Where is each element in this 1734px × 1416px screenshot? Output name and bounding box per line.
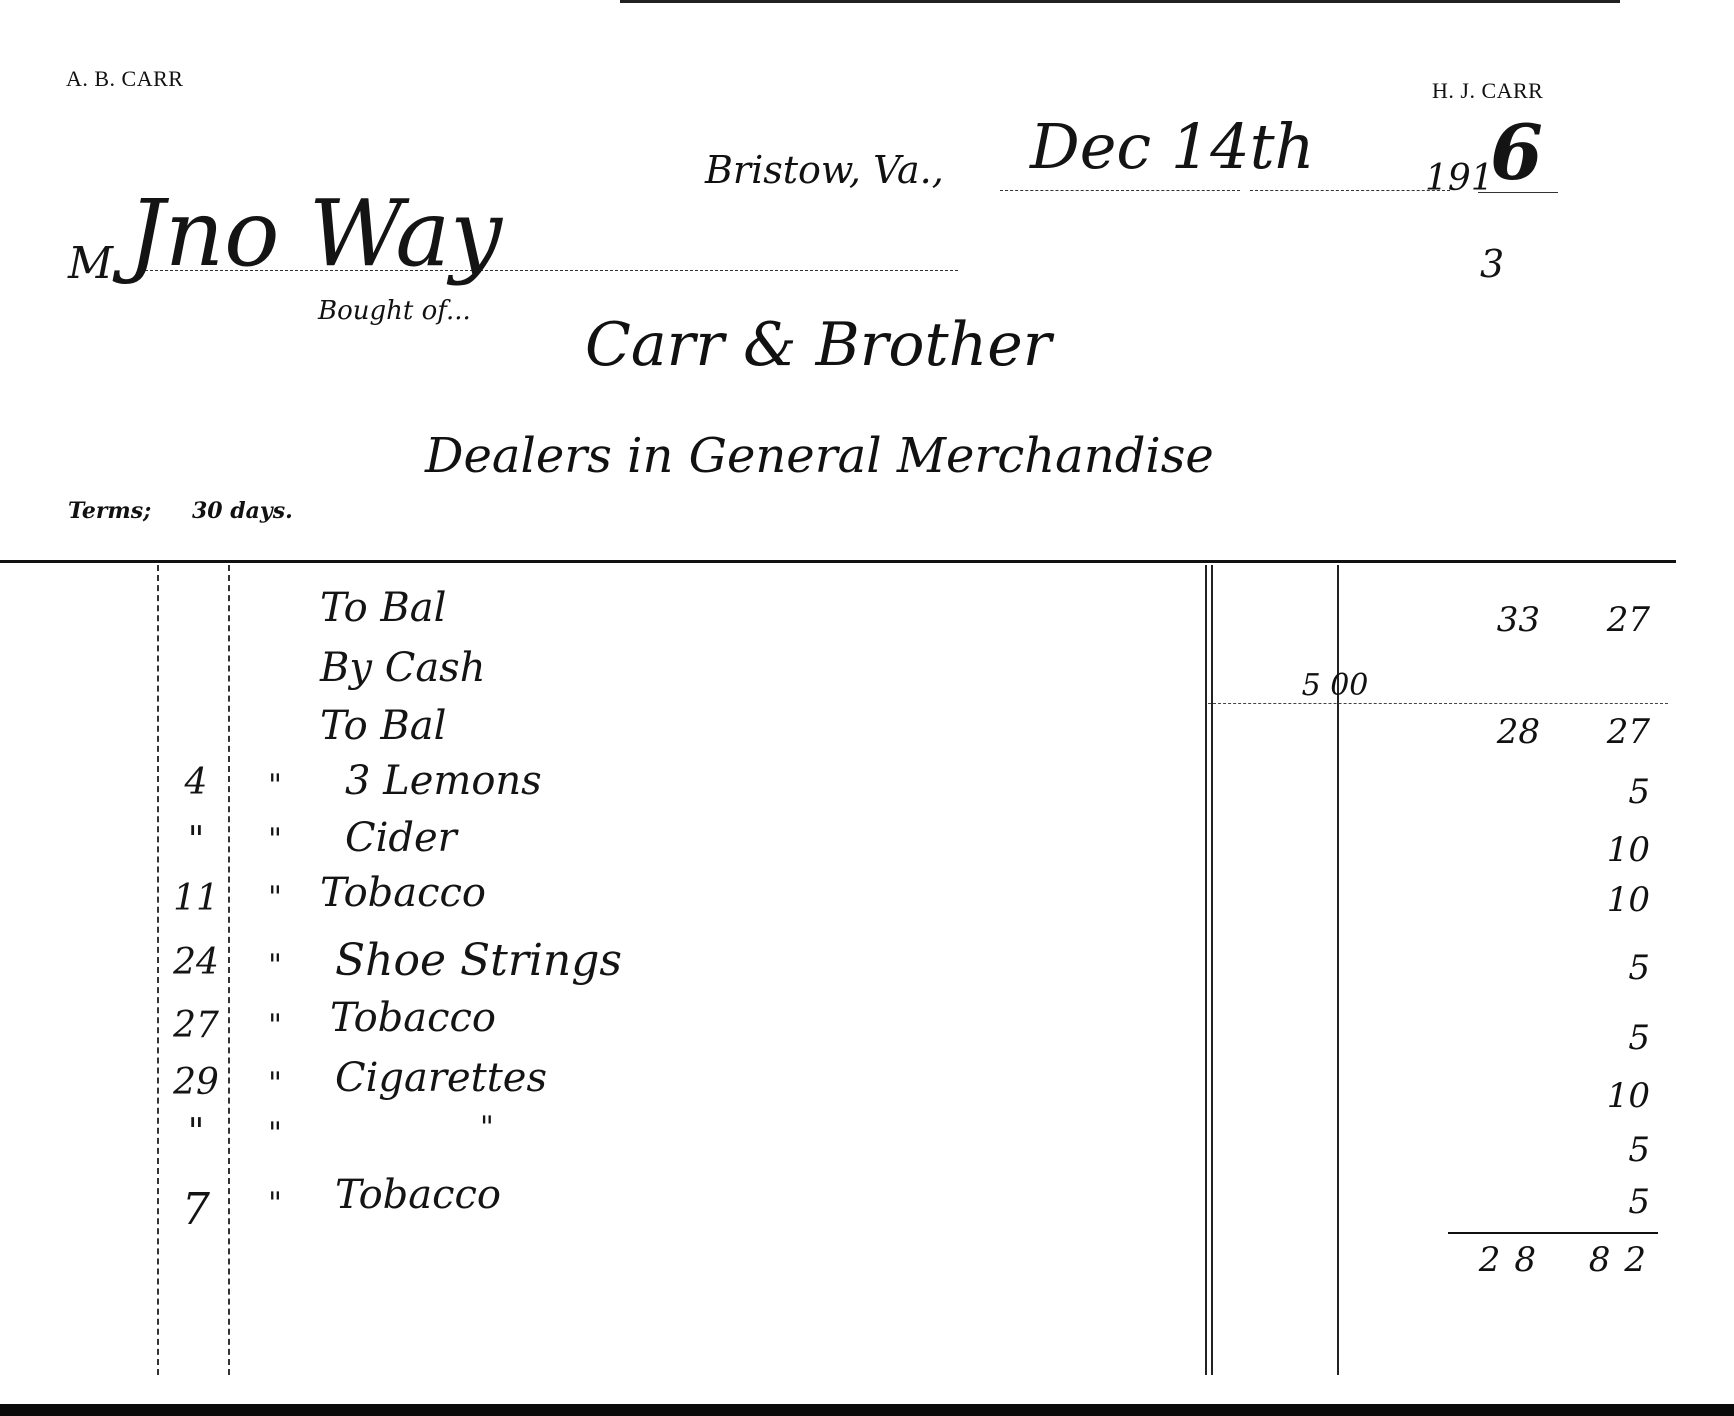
ledger-row-9-date: 29 bbox=[160, 1062, 232, 1103]
ledger-credit-column-left-b bbox=[1211, 565, 1213, 1375]
ledger-row-11-cents: 5 bbox=[1560, 1182, 1650, 1222]
ledger-row-1-description: To Bal bbox=[320, 585, 446, 631]
ledger-row-10-cents: 5 bbox=[1560, 1130, 1650, 1170]
ledger-row-7-cents: 5 bbox=[1560, 948, 1650, 988]
subtotal-rule bbox=[1208, 703, 1668, 704]
ledger-row-4-description: 3 Lemons bbox=[345, 758, 542, 804]
handwritten-date: Dec 14th bbox=[1030, 110, 1315, 183]
ledger-row-2-description: By Cash bbox=[320, 645, 485, 691]
total-dollars: 28 bbox=[1440, 1240, 1550, 1280]
ledger-row-2-credit: 5 00 bbox=[1270, 668, 1400, 703]
terms-value: 30 days. bbox=[192, 498, 293, 524]
ledger-top-rule bbox=[0, 560, 1676, 563]
date-line-2 bbox=[1250, 188, 1450, 191]
ledger-row-7-ditto: " bbox=[255, 948, 295, 983]
ledger-row-11-ditto: " bbox=[255, 1186, 295, 1221]
ledger-row-10-date: " bbox=[160, 1112, 232, 1153]
customer-prefix: M bbox=[68, 238, 113, 289]
bought-of-label: Bought of... bbox=[318, 296, 471, 326]
ledger-row-9-description: Cigarettes bbox=[335, 1055, 547, 1101]
partner-right: H. J. CARR bbox=[1432, 78, 1543, 104]
ledger-row-5-cents: 10 bbox=[1560, 830, 1650, 870]
total-rule bbox=[1448, 1232, 1658, 1234]
ledger-row-7-description: Shoe Strings bbox=[335, 935, 622, 986]
ledger-row-5-description: Cider bbox=[345, 815, 457, 861]
ledger-row-10-description: " bbox=[480, 1110, 494, 1145]
ledger-row-1-dollars: 33 bbox=[1440, 600, 1540, 640]
ledger-row-11-date: 7 bbox=[160, 1184, 232, 1235]
customer-name: Jno Way bbox=[128, 180, 502, 287]
ledger-row-5-ditto: " bbox=[255, 822, 295, 857]
ledger-row-3-dollars: 28 bbox=[1440, 712, 1540, 752]
ledger-row-8-ditto: " bbox=[255, 1008, 295, 1043]
ledger-row-3-cents: 27 bbox=[1560, 712, 1650, 752]
city-label: Bristow, Va., bbox=[705, 148, 944, 192]
ledger-row-6-ditto: " bbox=[255, 880, 295, 915]
terms-label: Terms; bbox=[68, 498, 151, 524]
firm-tagline: Dealers in General Merchandise bbox=[425, 428, 1214, 484]
ledger-row-6-description: Tobacco bbox=[320, 870, 486, 916]
handwritten-year-digit: 6 bbox=[1490, 108, 1543, 197]
ledger-row-3-description: To Bal bbox=[320, 703, 446, 749]
ledger-row-9-cents: 10 bbox=[1560, 1076, 1650, 1116]
ledger-row-11-description: Tobacco bbox=[335, 1172, 501, 1218]
ledger-row-9-ditto: " bbox=[255, 1066, 295, 1101]
date-line bbox=[1000, 188, 1240, 191]
ledger-row-8-date: 27 bbox=[160, 1005, 232, 1046]
ledger-row-4-date: 4 bbox=[160, 762, 232, 803]
ledger-credit-column-left-a bbox=[1205, 565, 1207, 1375]
ledger-row-1-cents: 27 bbox=[1560, 600, 1650, 640]
ledger-row-8-description: Tobacco bbox=[330, 995, 496, 1041]
margin-mark: 3 bbox=[1480, 242, 1504, 286]
ledger-row-4-cents: 5 bbox=[1560, 772, 1650, 812]
page-top-edge bbox=[620, 0, 1620, 3]
ledger-row-8-cents: 5 bbox=[1560, 1018, 1650, 1058]
ledger-row-5-date: " bbox=[160, 820, 232, 861]
page-bottom-edge bbox=[0, 1404, 1734, 1416]
ledger-row-10-ditto: " bbox=[255, 1116, 295, 1151]
ledger-row-4-ditto: " bbox=[255, 768, 295, 803]
total-cents: 82 bbox=[1560, 1240, 1660, 1280]
ledger-row-6-cents: 10 bbox=[1560, 880, 1650, 920]
partner-left: A. B. CARR bbox=[66, 66, 183, 92]
ledger-row-7-date: 24 bbox=[160, 942, 232, 983]
ledger-row-6-date: 11 bbox=[160, 878, 232, 919]
firm-name: Carr & Brother bbox=[585, 310, 1051, 380]
ledger-date-column-left bbox=[157, 565, 159, 1375]
